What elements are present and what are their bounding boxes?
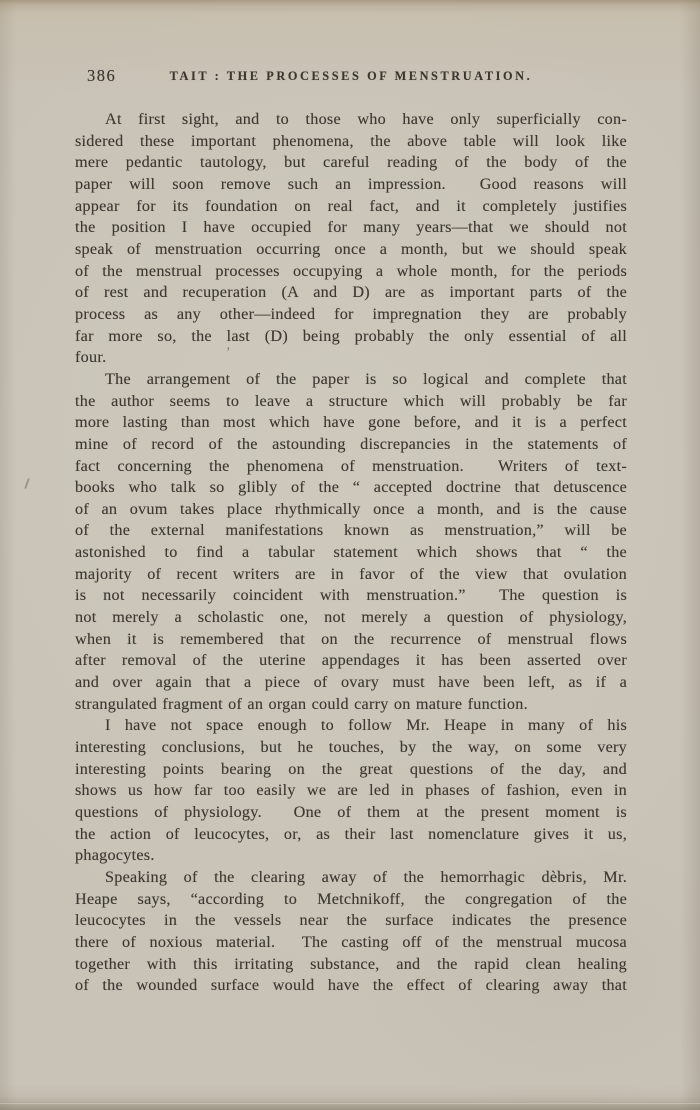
text-line: is not necessarily coincident with menst…: [75, 585, 627, 607]
text-line: far more so, the last (D) being probably…: [75, 326, 627, 348]
text-line: books who talk so glibly of the “ accept…: [75, 477, 627, 499]
text-line: of rest and recuperation (A and D) are a…: [75, 282, 627, 304]
text-line: mere pedantic tautology, but careful rea…: [75, 152, 627, 174]
text-line: interesting points bearing on the great …: [75, 759, 627, 781]
text-line: questions of physiology. One of them at …: [75, 802, 627, 824]
text-line: fact concerning the phenomena of menstru…: [75, 456, 627, 478]
body-text: At first sight, and to those who have on…: [75, 109, 627, 997]
text-line: astonished to find a tabular statement w…: [75, 542, 627, 564]
text-line: and over again that a piece of ovary mus…: [75, 672, 627, 694]
text-line: of an ovum takes place rhythmically once…: [75, 499, 627, 521]
book-page: 386 TAIT : THE PROCESSES OF MENSTRUATION…: [0, 0, 700, 1110]
stray-apostrophe-mark: ’: [226, 344, 230, 360]
text-line: majority of recent writers are in favor …: [75, 564, 627, 586]
text-line: strangulated fragment of an organ could …: [75, 694, 627, 716]
text-line: mine of record of the astounding discrep…: [75, 434, 627, 456]
text-line: speak of menstruation occurring once a m…: [75, 239, 627, 261]
paragraph: I have not space enough to follow Mr. He…: [75, 715, 627, 867]
text-line: the position I have occupied for many ye…: [75, 217, 627, 239]
text-line: paper will soon remove such an impressio…: [75, 174, 627, 196]
paragraph: The arrangement of the paper is so logic…: [75, 369, 627, 716]
text-line: together with this irritating substance,…: [75, 954, 627, 976]
text-line: four.: [75, 347, 627, 369]
text-line: leucocytes in the vessels near the surfa…: [75, 910, 627, 932]
text-line: there of noxious material. The casting o…: [75, 932, 627, 954]
text-line: not merely a scholastic one, not merely …: [75, 607, 627, 629]
paragraph: At first sight, and to those who have on…: [75, 109, 627, 369]
page-bottom-edge: [0, 1103, 700, 1104]
text-line: Speaking of the clearing away of the hem…: [75, 867, 627, 889]
text-line: of the wounded surface would have the ef…: [75, 975, 627, 997]
text-line: after removal of the uterine appendages …: [75, 650, 627, 672]
text-line: shows us how far too easily we are led i…: [75, 780, 627, 802]
text-line: Heape says, “according to Metchnikoff, t…: [75, 889, 627, 911]
text-line: the action of leucocytes, or, as their l…: [75, 824, 627, 846]
pencil-mark: [24, 478, 29, 489]
text-line: more lasting than most which have gone b…: [75, 412, 627, 434]
text-line: sidered these important phenomena, the a…: [75, 131, 627, 153]
text-line: process as any other—indeed for impregna…: [75, 304, 627, 326]
text-line: the author seems to leave a structure wh…: [75, 391, 627, 413]
paragraph: Speaking of the clearing away of the hem…: [75, 867, 627, 997]
text-line: At first sight, and to those who have on…: [75, 109, 627, 131]
page-header: 386 TAIT : THE PROCESSES OF MENSTRUATION…: [75, 66, 627, 88]
text-line: I have not space enough to follow Mr. He…: [75, 715, 627, 737]
text-line: when it is remembered that on the recurr…: [75, 629, 627, 651]
text-line: of the external manifestations known as …: [75, 520, 627, 542]
text-line: interesting conclusions, but he touches,…: [75, 737, 627, 759]
running-head: TAIT : THE PROCESSES OF MENSTRUATION.: [75, 69, 627, 84]
text-line: The arrangement of the paper is so logic…: [75, 369, 627, 391]
text-line: appear for its foundation on real fact, …: [75, 196, 627, 218]
text-line: of the menstrual processes occupying a w…: [75, 261, 627, 283]
text-line: phagocytes.: [75, 845, 627, 867]
